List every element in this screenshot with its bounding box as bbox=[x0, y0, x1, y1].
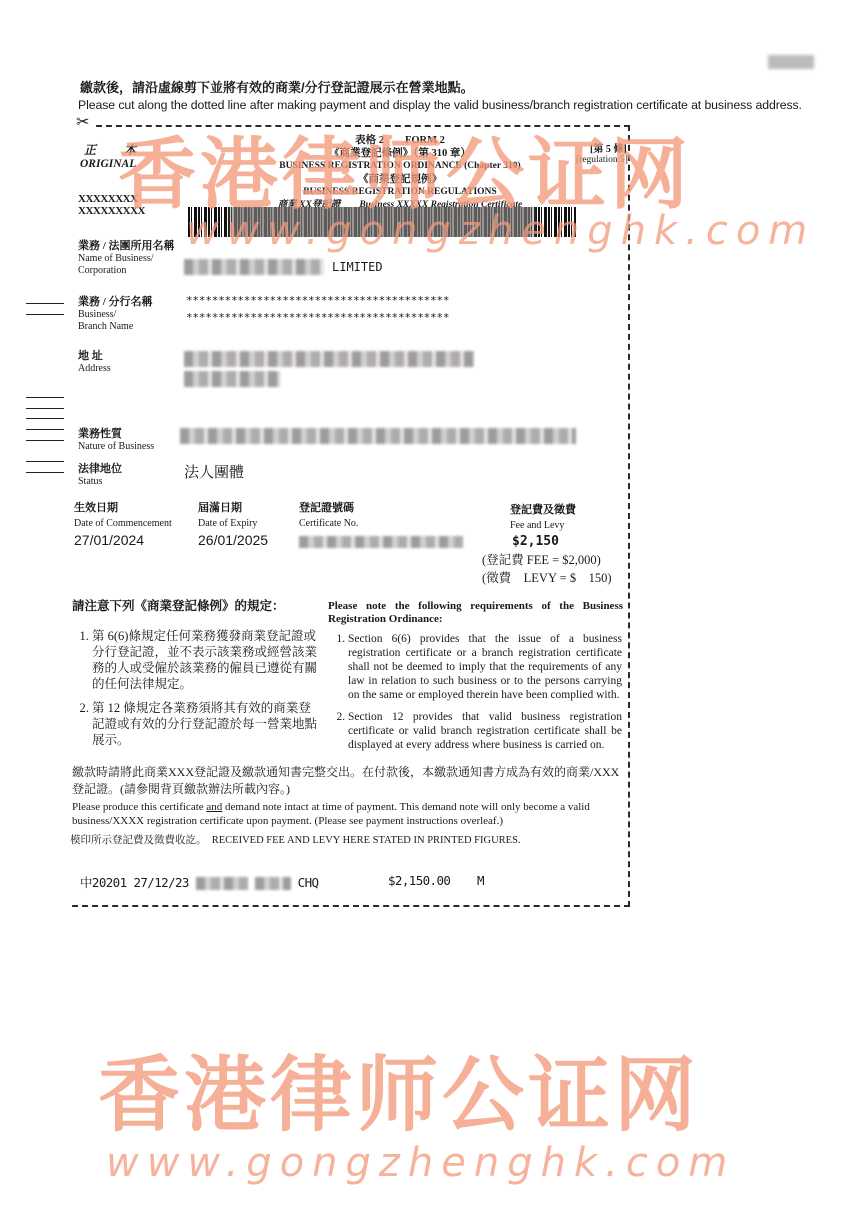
note-en-1: Section 6(6) provides that the issue of … bbox=[348, 632, 622, 702]
regulation-ref-en: [regulation 5] bbox=[576, 155, 628, 165]
nature-label: 業務性質 Nature of Business bbox=[78, 428, 154, 453]
fee-total: $2,150 bbox=[482, 534, 627, 549]
masked-code-1: XXXXXXXX bbox=[78, 193, 138, 205]
scissors-icon: ✂ bbox=[76, 115, 89, 131]
cut-line-bottom bbox=[72, 905, 630, 907]
receipt-method: CHQ bbox=[298, 875, 319, 890]
margin-mark bbox=[26, 314, 64, 315]
receipt-mark: M bbox=[477, 873, 485, 888]
form-title-block: 表格 2 FORM 2 《商業登記條例》（第 310 章） BUSINESS R… bbox=[230, 134, 570, 212]
status-value: 法人團體 bbox=[184, 461, 244, 482]
notes-list-zh: 第 6(6)條規定任何業務獲發商業登記證或分行登記證，並不表示該業務或經營該業務… bbox=[70, 628, 318, 756]
copy-label-zh: 正 本 bbox=[84, 141, 144, 158]
margin-mark bbox=[26, 418, 64, 419]
ordinance-title-en: BUSINESS REGISTRATION ORDINANCE (Chapter… bbox=[230, 160, 570, 173]
masked-code-2: XXXXXXXXX bbox=[78, 205, 145, 217]
notes-heading-en: Please note the following requirements o… bbox=[328, 600, 623, 626]
barcode bbox=[188, 207, 576, 237]
cut-line-top bbox=[96, 125, 630, 127]
branch-name-line-1: ****************************************… bbox=[186, 294, 449, 307]
levy-line: (徵費 LEVY = $ 150) bbox=[482, 568, 627, 586]
ordinance-title-zh: 《商業登記條例》（第 310 章） bbox=[230, 147, 570, 160]
business-name-value: LIMITED bbox=[184, 258, 383, 276]
margin-mark bbox=[26, 303, 64, 304]
certificate-no-redacted bbox=[299, 536, 463, 548]
watermark-text-bottom: 香港律师公证网 bbox=[98, 1030, 700, 1147]
regulation-ref-zh: [第 5 條] bbox=[590, 140, 627, 155]
fee-line: (登記費 FEE = $2,000) bbox=[482, 550, 627, 568]
certificate-no-block: 登記證號碼 Certificate No. bbox=[299, 502, 463, 548]
regulations-title-en: BUSINESS REGISTRATION REGULATIONS bbox=[230, 186, 570, 199]
note-zh-2: 第 12 條規定各業務須將其有效的商業登記證或有效的分行登記證於每一營業地點展示… bbox=[92, 700, 318, 748]
name-label: 業務 / 法團所用名稱 Name of Business/ Corporatio… bbox=[78, 240, 175, 277]
regulations-title-zh: 《商業登記規例》 bbox=[230, 173, 570, 186]
note-en-2: Section 12 provides that valid business … bbox=[348, 710, 622, 752]
payment-instruction-en: Please produce this certificate and dema… bbox=[72, 800, 622, 828]
receipt-redacted-1 bbox=[196, 877, 248, 890]
watermark-url-bottom: www.gongzhenghk.com bbox=[106, 1140, 735, 1186]
margin-mark bbox=[26, 461, 64, 462]
business-name-redacted bbox=[184, 259, 324, 275]
margin-mark bbox=[26, 472, 64, 473]
receipt-imprint: 中20201 27/12/23 CHQ bbox=[80, 873, 318, 891]
receipt-prefix: 中20201 27/12/23 bbox=[80, 875, 189, 890]
receipt-amount: $2,150.00 bbox=[388, 873, 450, 888]
header-instruction-zh: 繳款後，請沿虛線剪下並將有效的商業/分行登記證展示在營業地點。 bbox=[80, 77, 474, 96]
cut-line-right bbox=[628, 125, 630, 907]
payment-instruction-zh: 繳款時請將此商業XXX登記證及繳款通知書完整交出。在付款後，本繳款通知書方成為有… bbox=[72, 764, 622, 798]
receipt-redacted-2 bbox=[255, 877, 291, 890]
commencement-block: 生效日期 Date of Commencement 27/01/2024 bbox=[74, 502, 172, 548]
address-value-redacted bbox=[184, 350, 474, 387]
header-instruction-en: Please cut along the dotted line after m… bbox=[78, 98, 802, 112]
fee-block: 登記費及徵費 Fee and Levy $2,150 (登記費 FEE = $2… bbox=[482, 504, 627, 586]
note-zh-1: 第 6(6)條規定任何業務獲發商業登記證或分行登記證，並不表示該業務或經營該業務… bbox=[92, 628, 318, 692]
margin-mark bbox=[26, 397, 64, 398]
branch-label: 業務 / 分行名稱 Business/ Branch Name bbox=[78, 296, 153, 333]
margin-mark bbox=[26, 408, 64, 409]
nature-value-redacted bbox=[180, 427, 576, 445]
branch-name-line-2: ****************************************… bbox=[186, 311, 449, 324]
copy-label-en: ORIGINAL bbox=[80, 158, 136, 170]
margin-mark bbox=[26, 429, 64, 430]
margin-mark bbox=[26, 440, 64, 441]
received-statement: 模印所示登記費及徵費收訖。 RECEIVED FEE AND LEVY HERE… bbox=[70, 832, 521, 847]
expiry-block: 屆滿日期 Date of Expiry 26/01/2025 bbox=[198, 502, 268, 548]
address-label: 地 址 Address bbox=[78, 350, 111, 375]
commencement-date: 27/01/2024 bbox=[74, 532, 172, 548]
notes-list-en: Section 6(6) provides that the issue of … bbox=[326, 632, 622, 760]
corner-code-redacted bbox=[768, 55, 814, 69]
form-number: 表格 2 FORM 2 bbox=[230, 134, 570, 147]
status-label: 法律地位 Status bbox=[78, 463, 122, 488]
notes-heading-zh: 請注意下列《商業登記條例》的規定： bbox=[72, 598, 285, 614]
expiry-date: 26/01/2025 bbox=[198, 532, 268, 548]
